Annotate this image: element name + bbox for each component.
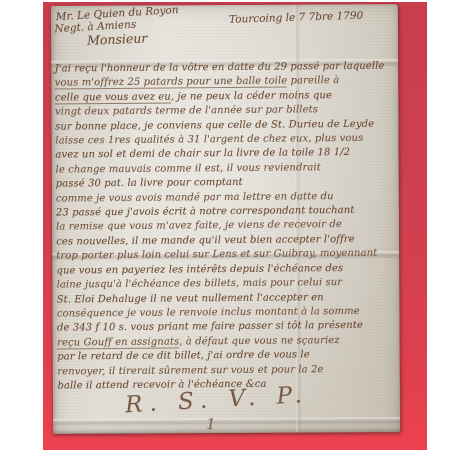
red-photo-background: Mr. Le Quien du Royon Negt. à Amiens Tou… bbox=[43, 2, 427, 450]
letter-line: vingt deux patards terme de l'année sur … bbox=[55, 103, 397, 120]
letter-body: J'ai reçu l'honneur de la vôtre en datte… bbox=[55, 60, 400, 394]
letter-line: trop porter plus loin celui sur Lens et … bbox=[56, 247, 398, 264]
letter-line: comme je vous avois mandé par ma lettre … bbox=[56, 189, 398, 206]
letter-line: renvoyer, il tirerait sûrement sur vous … bbox=[57, 362, 399, 379]
dateline: Tourcoing le 7 7bre 1790 bbox=[229, 10, 364, 26]
salutation: Monsieur bbox=[87, 31, 148, 47]
letter-line: conséquence je vous le renvoie inclus mo… bbox=[57, 304, 399, 321]
addressee-note: Mr. Le Quien du Royon Negt. à Amiens bbox=[55, 4, 179, 35]
fold-crease-bottom bbox=[53, 417, 400, 427]
bottom-mark: 1 bbox=[206, 416, 216, 432]
letter-paper: Mr. Le Quien du Royon Negt. à Amiens Tou… bbox=[51, 4, 400, 434]
letter-line: reçu Gouff en assignats, à défaut que vo… bbox=[57, 333, 399, 350]
letter-line: le change mauvais comme il est, il vous … bbox=[55, 160, 397, 177]
letter-line: vous m'offrez 25 patards pour une balle … bbox=[55, 74, 397, 91]
letter-line: la remise que vous m'avez faite, je vien… bbox=[56, 218, 398, 235]
letter-line: laisse ces 1res qualités à 31 l'argent d… bbox=[55, 132, 397, 149]
letter-line: laine jusqu'à l'échéance des billets, ma… bbox=[56, 276, 398, 293]
